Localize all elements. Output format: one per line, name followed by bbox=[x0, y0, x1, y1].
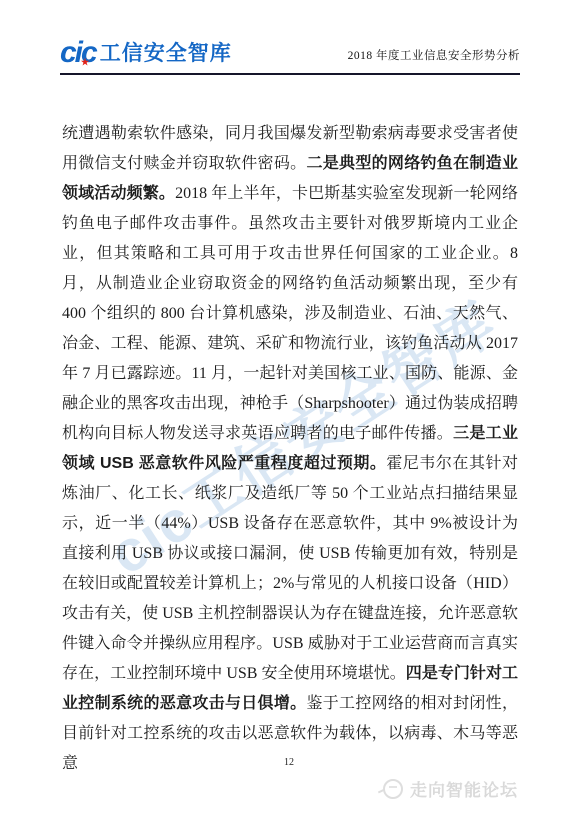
forum-watermark: 走向智能论坛 bbox=[383, 776, 518, 801]
document-title: 2018 年度工业信息安全形势分析 bbox=[348, 47, 520, 66]
cic-logo-latin: cic ★ bbox=[60, 40, 100, 66]
cic-logo: cic ★ 工信安全智库 bbox=[60, 40, 232, 66]
page-number: 12 bbox=[0, 757, 578, 768]
panda-logo-icon bbox=[383, 779, 403, 799]
body-text-segment: 2018 年上半年，卡巴斯基实验室发现新一轮网络钓鱼电子邮件攻击事件。虽然攻击主… bbox=[62, 185, 518, 442]
star-icon: ★ bbox=[81, 49, 89, 75]
report-page: cic工信安全智库 cic ★ 工信安全智库 2018 年度工业信息安全形势分析… bbox=[0, 0, 578, 818]
cic-logo-chinese-name: 工信安全智库 bbox=[100, 42, 232, 66]
cic-logo-text: cic bbox=[60, 36, 96, 69]
forum-watermark-text: 走向智能论坛 bbox=[410, 776, 518, 801]
body-text-segment: 霍尼韦尔在其针对炼油厂、化工长、纸浆厂及造纸厂等 50 个工业站点扫描结果显示，… bbox=[62, 455, 518, 682]
body-paragraph: 统遭遇勒索软件感染，同月我国爆发新型勒索病毒要求受害者使用微信支付赎金并窃取软件… bbox=[62, 119, 518, 779]
page-header: cic ★ 工信安全智库 2018 年度工业信息安全形势分析 bbox=[60, 40, 520, 75]
